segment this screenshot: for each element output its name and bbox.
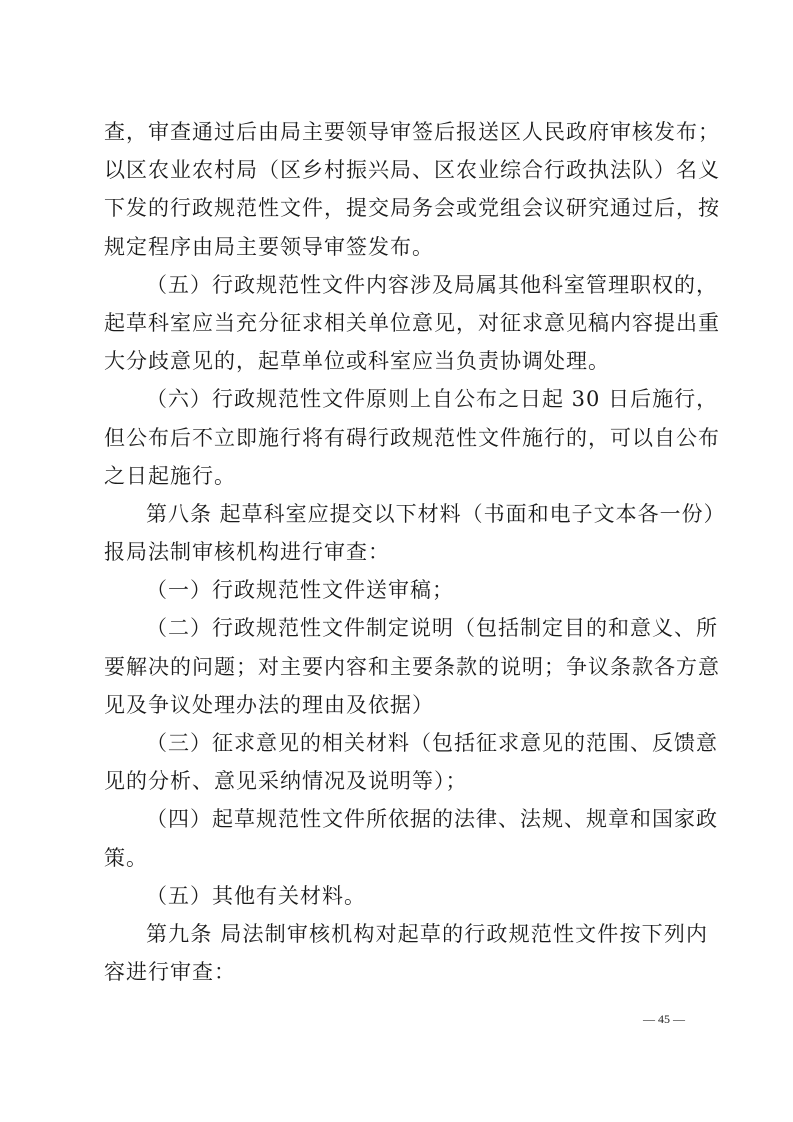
text-line: 容进行审查： (104, 953, 708, 991)
text-line: 规定程序由局主要领导审签发布。 (104, 228, 708, 266)
text-line: 报局法制审核机构进行审查： (104, 533, 708, 571)
text-line: 大分歧意见的，起草单位或科室应当负责协调处理。 (104, 342, 708, 380)
list-item-line: （四）起草规范性文件所依据的法律、法规、规章和国家政 (104, 800, 708, 838)
text-line: 之日起施行。 (104, 457, 708, 495)
text-line: （五）行政规范性文件内容涉及局属其他科室管理职权的， (104, 266, 708, 304)
text-line: 策。 (104, 839, 708, 877)
text-line: 起草科室应当充分征求相关单位意见，对征求意见稿内容提出重 (104, 304, 708, 342)
document-body: 查，审查通过后由局主要领导审签后报送区人民政府审核发布； 以区农业农村局（区乡村… (104, 113, 708, 991)
article-heading-line: 第九条 局法制审核机构对起草的行政规范性文件按下列内 (104, 915, 708, 953)
text-line: 见的分析、意见采纳情况及说明等）； (104, 762, 708, 800)
text-line: 要解决的问题；对主要内容和主要条款的说明；争议条款各方意 (104, 648, 708, 686)
text-line: 以区农业农村局（区乡村振兴局、区农业综合行政执法队）名义 (104, 151, 708, 189)
list-item-line: （三）征求意见的相关材料（包括征求意见的范围、反馈意 (104, 724, 708, 762)
text-line: 查，审查通过后由局主要领导审签后报送区人民政府审核发布； (104, 113, 708, 151)
document-page: 查，审查通过后由局主要领导审签后报送区人民政府审核发布； 以区农业农村局（区乡村… (0, 0, 793, 1122)
text-line: 见及争议处理办法的理由及依据） (104, 686, 708, 724)
list-item-line: （一）行政规范性文件送审稿； (104, 571, 708, 609)
page-number: — 45 — (643, 1012, 685, 1027)
list-item-line: （二）行政规范性文件制定说明（包括制定目的和意义、所 (104, 609, 708, 647)
article-heading-line: 第八条 起草科室应提交以下材料（书面和电子文本各一份） (104, 495, 708, 533)
text-line: 但公布后不立即施行将有碍行政规范性文件施行的，可以自公布 (104, 419, 708, 457)
list-item-line: （五）其他有关材料。 (104, 877, 708, 915)
text-line: 下发的行政规范性文件，提交局务会或党组会议研究通过后，按 (104, 189, 708, 227)
text-line: （六）行政规范性文件原则上自公布之日起 30 日后施行， (104, 380, 708, 418)
